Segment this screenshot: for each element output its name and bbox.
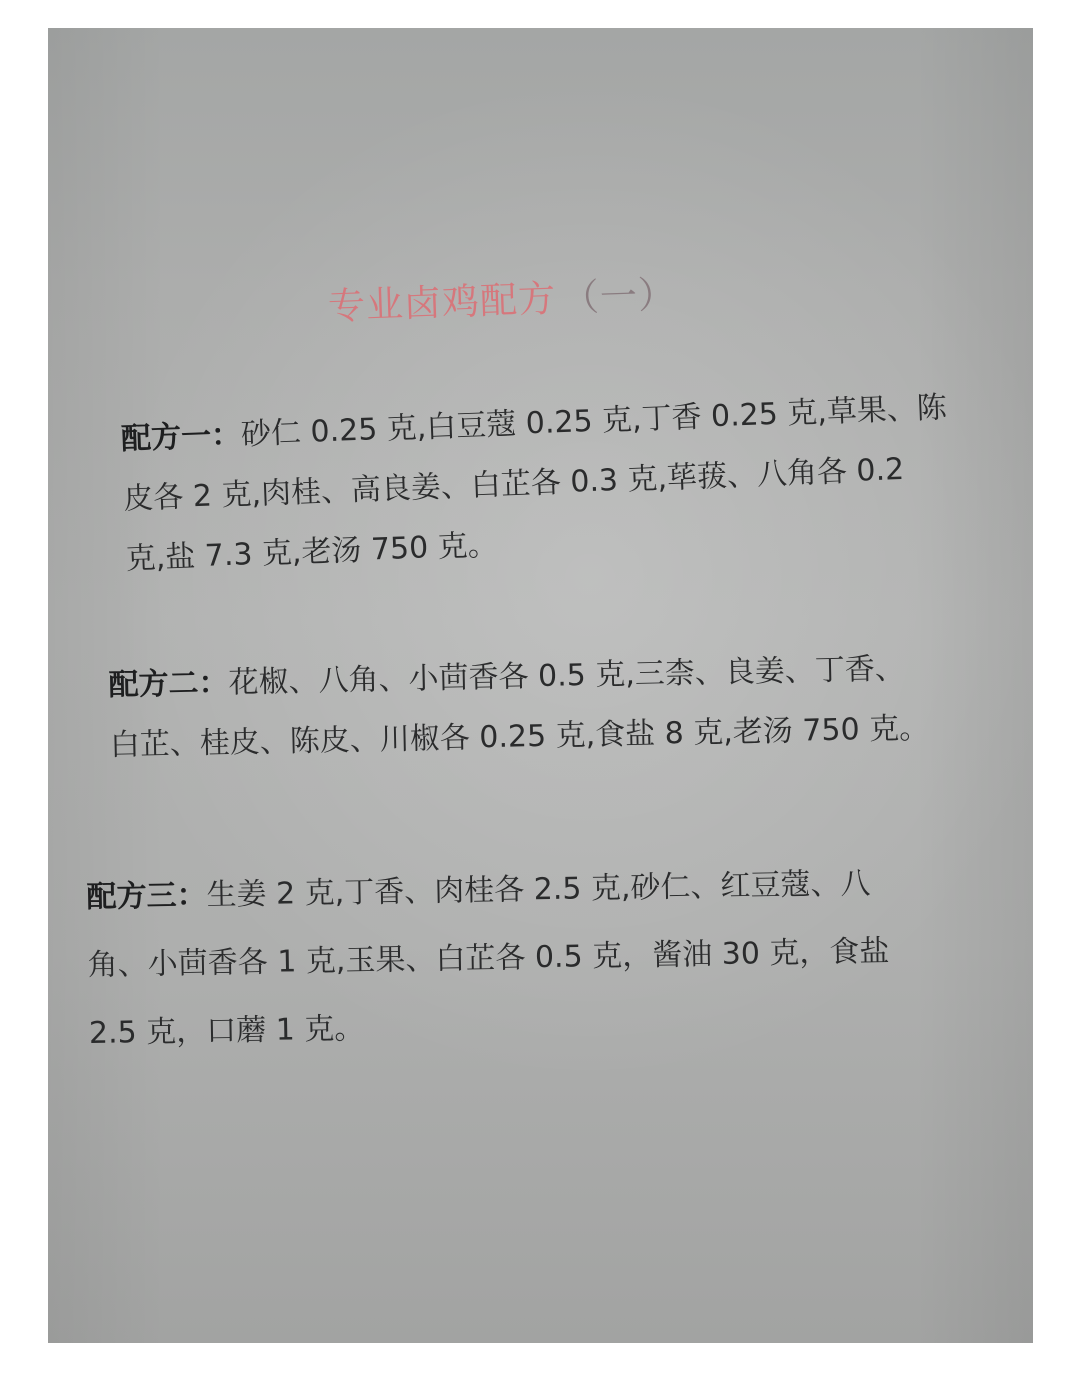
- recipe-line: 2.5 克，口蘑 1 克。: [88, 986, 891, 1068]
- recipe-2: 配方二：花椒、八角、小茴香各 0.5 克,三柰、良姜、丁香、 白芷、桂皮、陈皮、…: [108, 639, 930, 776]
- recipe-1: 配方一：砂仁 0.25 克,白豆蔻 0.25 克,丁香 0.25 克,草果、陈 …: [120, 378, 953, 590]
- document-photo: 专业卤鸡配方（一） 配方一：砂仁 0.25 克,白豆蔻 0.25 克,丁香 0.…: [48, 28, 1033, 1343]
- recipe-label: 配方一：: [120, 417, 241, 457]
- title-text: 专业卤鸡配方: [327, 277, 556, 328]
- title-suffix: （一）: [561, 273, 676, 320]
- recipe-label: 配方三：: [86, 878, 207, 915]
- recipe-text: 花椒、八角、小茴香各 0.5 克,三柰、良姜、丁香、: [228, 651, 905, 700]
- recipe-text: 生姜 2 克,丁香、肉桂各 2.5 克,砂仁、红豆蔻、八: [206, 866, 871, 913]
- document-title: 专业卤鸡配方（一）: [327, 264, 677, 330]
- recipe-line: 角、小茴香各 1 克,玉果、白芷各 0.5 克，酱油 30 克，食盐: [87, 918, 890, 1000]
- recipe-3: 配方三：生姜 2 克,丁香、肉桂各 2.5 克,砂仁、红豆蔻、八 角、小茴香各 …: [86, 850, 891, 1068]
- recipe-label: 配方二：: [108, 665, 229, 703]
